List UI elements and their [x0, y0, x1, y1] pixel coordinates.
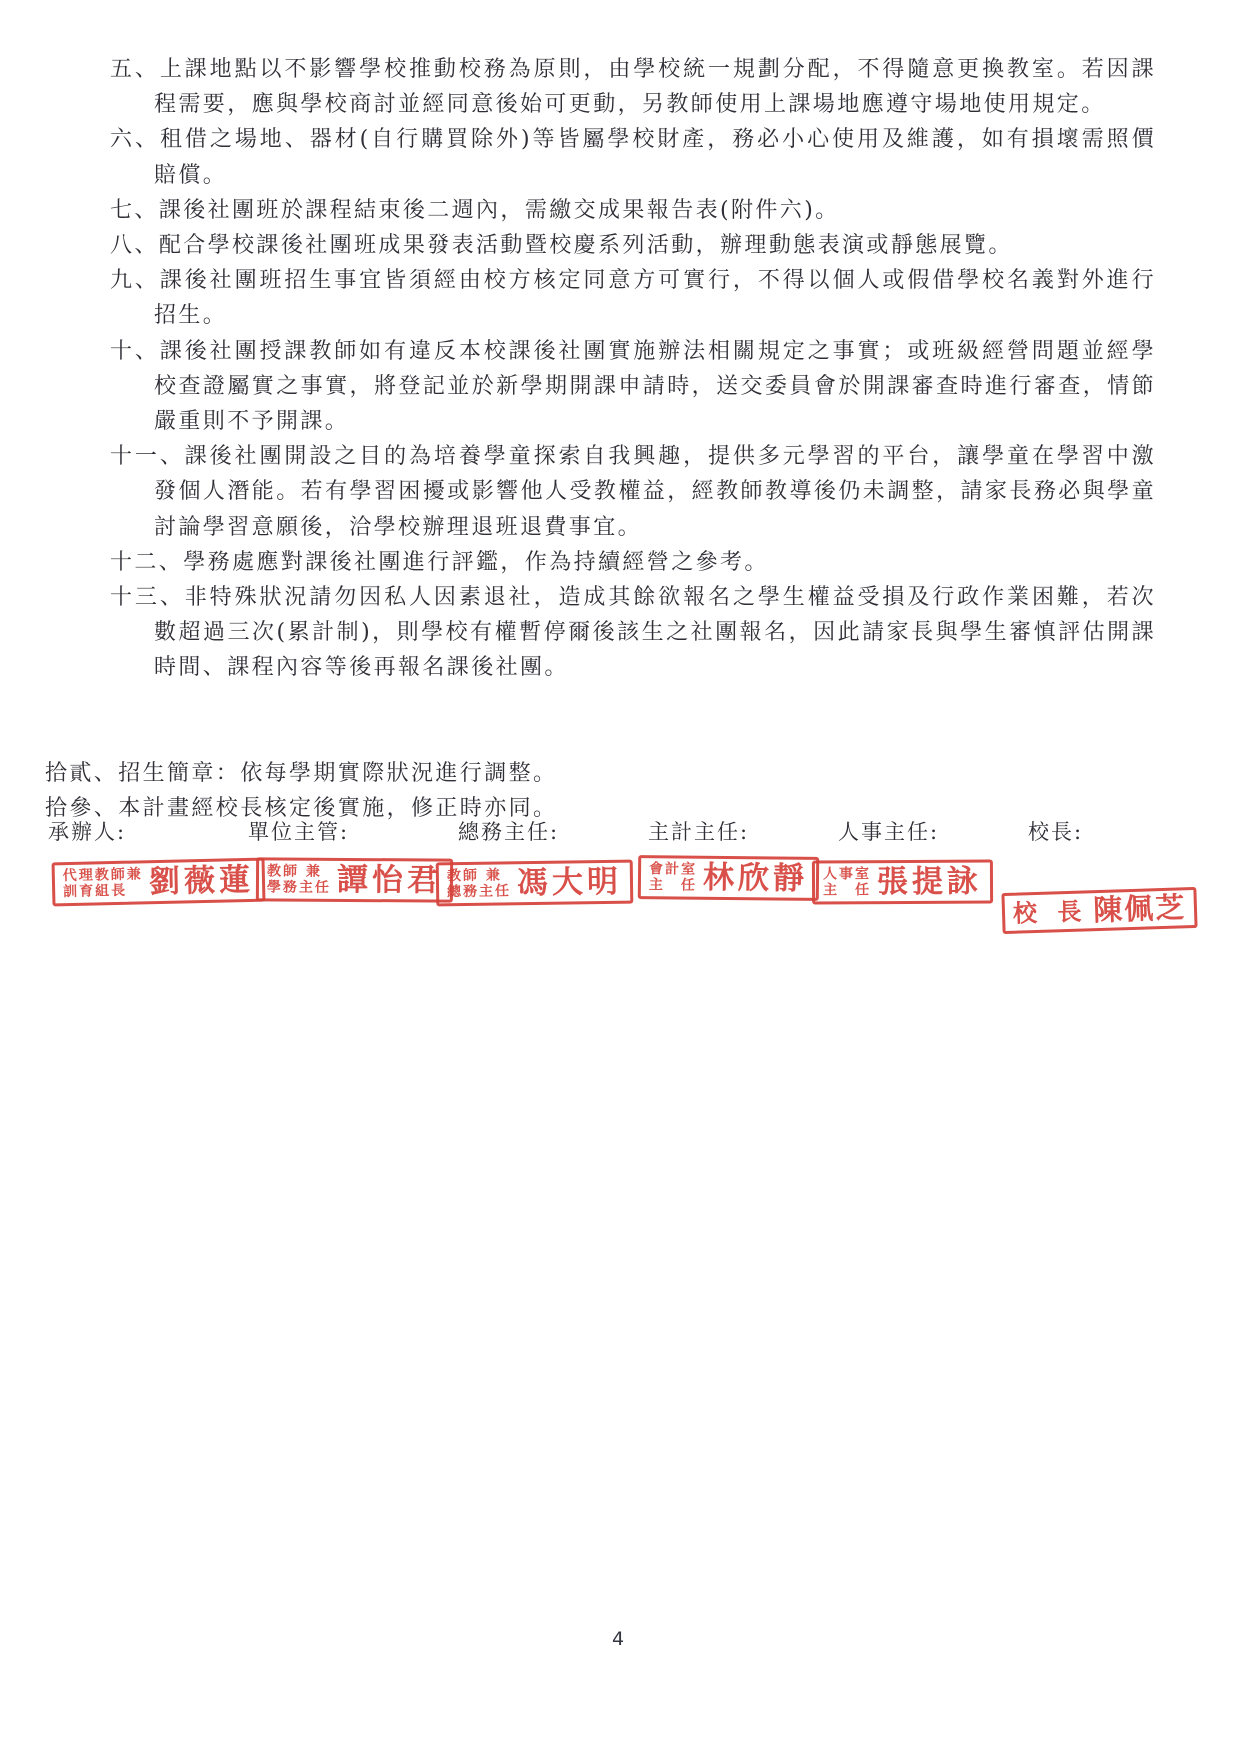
regulation-list: 五、上課地點以不影響學校推動校務為原則，由學校統一規劃分配，不得隨意更換教室。若… [110, 52, 1156, 686]
stamp-general-affairs: 教師 兼 總務主任 馮大明 [436, 860, 634, 907]
stamp-name: 譚怡君 [337, 864, 442, 896]
stamp-title: 教師 兼 總務主任 [447, 867, 511, 900]
list-item: 八、配合學校課後社團班成果發表活動暨校慶系列活動，辦理動態表演或靜態展覽。 [110, 228, 1156, 263]
list-item: 拾參、本計畫經校長核定後實施，修正時亦同。 [45, 791, 1155, 826]
item-text: 招生簡章：依每學期實際狀況進行調整。 [118, 761, 557, 786]
page-number: 4 [612, 1628, 624, 1650]
stamp-title: 教師 兼 學務主任 [267, 863, 331, 895]
stamp-title-line1: 教師 兼 [447, 867, 511, 884]
item-text: 學務處應對課後社團進行評鑑，作為持續經營之參考。 [183, 550, 769, 575]
signature-label-unit-supervisor: 單位主管: [248, 816, 349, 846]
item-text: 課後社團授課教師如有違反本校課後社團實施辦法相關規定之事實；或班級經營問題並經學… [154, 339, 1156, 434]
stamp-title: 會計室 主 任 [649, 861, 697, 894]
item-number: 八、 [110, 233, 159, 258]
item-number: 十一、 [110, 444, 185, 469]
stamp-name: 林欣靜 [703, 862, 808, 894]
signature-label-general-affairs: 總務主任: [458, 816, 559, 846]
item-number: 拾貳、 [45, 761, 118, 786]
closing-clauses: 拾貳、招生簡章：依每學期實際狀況進行調整。 拾參、本計畫經校長核定後實施，修正時… [45, 756, 1155, 826]
stamp-name: 張提詠 [877, 866, 982, 898]
item-text: 上課地點以不影響學校推動校務為原則，由學校統一規劃分配，不得隨意更換教室。若因課… [154, 57, 1156, 117]
item-number: 六、 [110, 127, 160, 152]
signature-label-principal: 校長: [1028, 816, 1083, 846]
stamp-unit-supervisor: 教師 兼 學務主任 譚怡君 [256, 857, 453, 902]
item-text: 租借之場地、器材(自行購買除外)等皆屬學校財產，務必小心使用及維護，如有損壞需照… [154, 127, 1156, 187]
item-number: 十三、 [110, 585, 185, 610]
signature-label-accounting: 主計主任: [648, 816, 749, 846]
stamp-title-line1: 教師 兼 [267, 863, 331, 879]
item-text: 課後社團班招生事宜皆須經由校方核定同意方可實行，不得以個人或假借學校名義對外進行… [154, 268, 1156, 328]
stamp-accounting: 會計室 主 任 林欣靜 [638, 855, 819, 901]
stamp-principal: 校 長 陳佩芝 [1001, 887, 1198, 934]
stamp-title: 人事室 主 任 [823, 866, 871, 898]
list-item: 十、課後社團授課教師如有違反本校課後社團實施辦法相關規定之事實；或班級經營問題並… [110, 334, 1156, 440]
list-item: 七、課後社團班於課程結束後二週內，需繳交成果報告表(附件六)。 [110, 193, 1156, 228]
item-text: 非特殊狀況請勿因私人因素退社，造成其餘欲報名之學生權益受損及行政作業困難，若次數… [154, 585, 1156, 680]
stamp-title: 校 長 [1013, 903, 1088, 921]
document-page: 五、上課地點以不影響學校推動校務為原則，由學校統一規劃分配，不得隨意更換教室。若… [0, 0, 1241, 1755]
stamp-title-line1: 人事室 [823, 866, 871, 882]
stamp-name: 劉薇蓮 [149, 864, 255, 897]
stamp-title-line2: 主 任 [823, 882, 871, 898]
list-item: 九、課後社團班招生事宜皆須經由校方核定同意方可實行，不得以個人或假借學校名義對外… [110, 263, 1156, 333]
stamp-name: 陳佩芝 [1093, 893, 1187, 925]
list-item: 十二、學務處應對課後社團進行評鑑，作為持續經營之參考。 [110, 545, 1156, 580]
stamp-organizer: 代理教師兼 訓育組長 劉薇蓮 [52, 858, 266, 907]
item-number: 七、 [110, 198, 159, 223]
list-item: 六、租借之場地、器材(自行購買除外)等皆屬學校財產，務必小心使用及維護，如有損壞… [110, 122, 1156, 192]
stamp-title: 代理教師兼 訓育組長 [63, 866, 144, 900]
stamp-title-line2: 訓育組長 [63, 882, 143, 900]
item-text: 課後社團班於課程結束後二週內，需繳交成果報告表(附件六)。 [159, 198, 840, 223]
stamp-personnel: 人事室 主 任 張提詠 [812, 860, 993, 905]
item-text: 課後社團開設之目的為培養學童探索自我興趣，提供多元學習的平台，讓學童在學習中激發… [154, 444, 1156, 539]
item-number: 十二、 [110, 550, 183, 575]
item-text: 配合學校課後社團班成果發表活動暨校慶系列活動，辦理動態表演或靜態展覽。 [159, 233, 1013, 258]
stamp-title-line2: 學務主任 [267, 879, 331, 895]
stamp-title-line2: 主 任 [649, 877, 697, 894]
signature-label-organizer: 承辦人: [48, 816, 126, 846]
list-item: 五、上課地點以不影響學校推動校務為原則，由學校統一規劃分配，不得隨意更換教室。若… [110, 52, 1156, 122]
stamp-title-line2: 總務主任 [447, 883, 511, 900]
list-item: 拾貳、招生簡章：依每學期實際狀況進行調整。 [45, 756, 1155, 791]
stamp-name: 馮大明 [517, 866, 622, 898]
item-number: 九、 [110, 268, 160, 293]
list-item: 十三、非特殊狀況請勿因私人因素退社，造成其餘欲報名之學生權益受損及行政作業困難，… [110, 580, 1156, 686]
list-item: 十一、課後社團開設之目的為培養學童探索自我興趣，提供多元學習的平台，讓學童在學習… [110, 439, 1156, 545]
item-number: 五、 [110, 57, 160, 82]
item-number: 十、 [110, 339, 160, 364]
stamp-title-line1: 會計室 [649, 861, 697, 878]
signature-label-personnel: 人事主任: [838, 816, 939, 846]
stamp-title-line1: 代理教師兼 [63, 866, 143, 884]
